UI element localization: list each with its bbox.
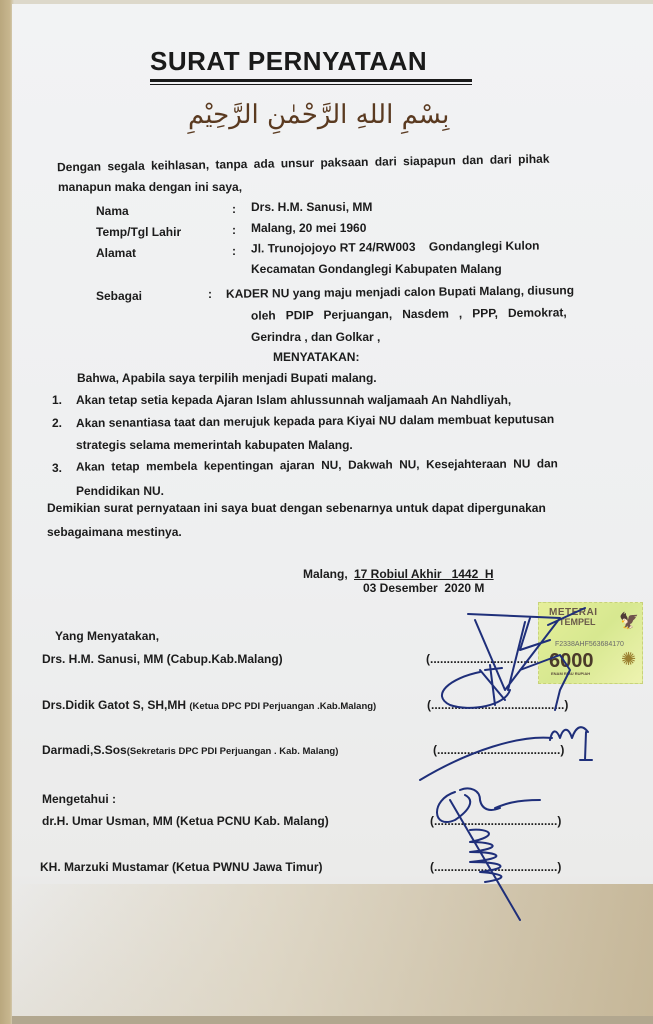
field-label-sebagai: Sebagai	[96, 289, 142, 303]
signature-blank: (.....................................)	[433, 743, 564, 757]
signatory-name-text: Drs.Didik Gatot S, SH,MH	[42, 698, 189, 712]
signatory-name: KH. Marzuki Mustamar (Ketua PWNU Jawa Ti…	[40, 860, 323, 874]
garuda-icon: 🦅	[619, 611, 639, 631]
paper-shadow	[12, 884, 653, 1024]
point-number: 3.	[52, 461, 62, 475]
stamp-value: 6000	[549, 650, 594, 673]
declares-heading: MENYATAKAN:	[273, 350, 359, 364]
point-number: 1.	[52, 393, 62, 407]
closing-line-2: sebagaimana mestinya.	[47, 525, 182, 539]
signatory-name-text: Darmadi,S.Sos	[42, 743, 127, 757]
signer-heading: Yang Menyatakan,	[55, 629, 159, 643]
signatory-name: Darmadi,S.Sos(Sekretaris DPC PDI Perjuan…	[42, 743, 338, 757]
field-colon: :	[232, 244, 236, 258]
point-1: Akan tetap setia kepada Ajaran Islam ahl…	[76, 393, 511, 407]
field-colon: :	[208, 287, 212, 301]
condition-text: Bahwa, Apabila saya terpilih menjadi Bup…	[77, 371, 377, 385]
title-underline	[150, 79, 472, 82]
signatory-role: (Ketua DPC PDI Perjuangan .Kab.Malang)	[189, 701, 376, 712]
title-underline-thin	[150, 84, 472, 85]
signature-blank: (.......................................…	[427, 698, 568, 712]
emblem-icon: ✺	[621, 649, 636, 670]
signatory-role: (Sekretaris DPC PDI Perjuangan . Kab. Ma…	[127, 746, 339, 757]
field-value-sebagai-3: Gerindra , dan Golkar ,	[251, 330, 380, 344]
field-label-ttl: Temp/Tgl Lahir	[96, 225, 181, 239]
field-label-nama: Nama	[96, 204, 129, 218]
signatory-name: Drs.Didik Gatot S, SH,MH (Ketua DPC PDI …	[42, 698, 376, 712]
known-heading: Mengetahui :	[42, 792, 116, 806]
stamp-serial: F2338AHF563684170	[555, 641, 624, 648]
closing-line-1: Demikian surat pernyataan ini saya buat …	[47, 501, 546, 515]
intro-line-2: manapun maka dengan ini saya,	[58, 180, 242, 194]
field-colon: :	[232, 223, 236, 237]
field-value-nama: Drs. H.M. Sanusi, MM	[251, 200, 372, 214]
date-hijri: 17 Robiul Akhir 1442 H	[354, 567, 494, 581]
field-value-alamat-2: Kecamatan Gondanglegi Kabupaten Malang	[251, 262, 502, 276]
point-number: 2.	[52, 416, 62, 430]
field-label-alamat: Alamat	[96, 246, 136, 260]
signatory-name: dr.H. Umar Usman, MM (Ketua PCNU Kab. Ma…	[42, 814, 329, 828]
paper-edge	[12, 1016, 653, 1024]
signature-blank: (.....................................)	[430, 814, 561, 828]
bismillah-calligraphy: بِسْمِ اللهِ الرَّحْمٰنِ الرَّحِيْمِ	[188, 100, 449, 130]
field-value-ttl: Malang, 20 mei 1960	[251, 221, 366, 235]
date-masehi: 03 Desember 2020 M	[363, 581, 484, 595]
signature-blank: (.....................................)	[430, 860, 561, 874]
stamp-value-words: ENAM RIBU RUPIAH	[551, 671, 590, 676]
point-2-cont: strategis selama memerintah kabupaten Ma…	[76, 438, 353, 452]
stamp-subtitle: TEMPEL	[559, 617, 596, 627]
signatory-name: Drs. H.M. Sanusi, MM (Cabup.Kab.Malang)	[42, 652, 283, 666]
place-label: Malang,	[303, 567, 348, 581]
document-title: SURAT PERNYATAAN	[150, 46, 427, 77]
revenue-stamp: METERAI TEMPEL 🦅 F2338AHF563684170 6000 …	[538, 602, 643, 684]
field-colon: :	[232, 202, 236, 216]
point-3-cont: Pendidikan NU.	[76, 484, 164, 498]
